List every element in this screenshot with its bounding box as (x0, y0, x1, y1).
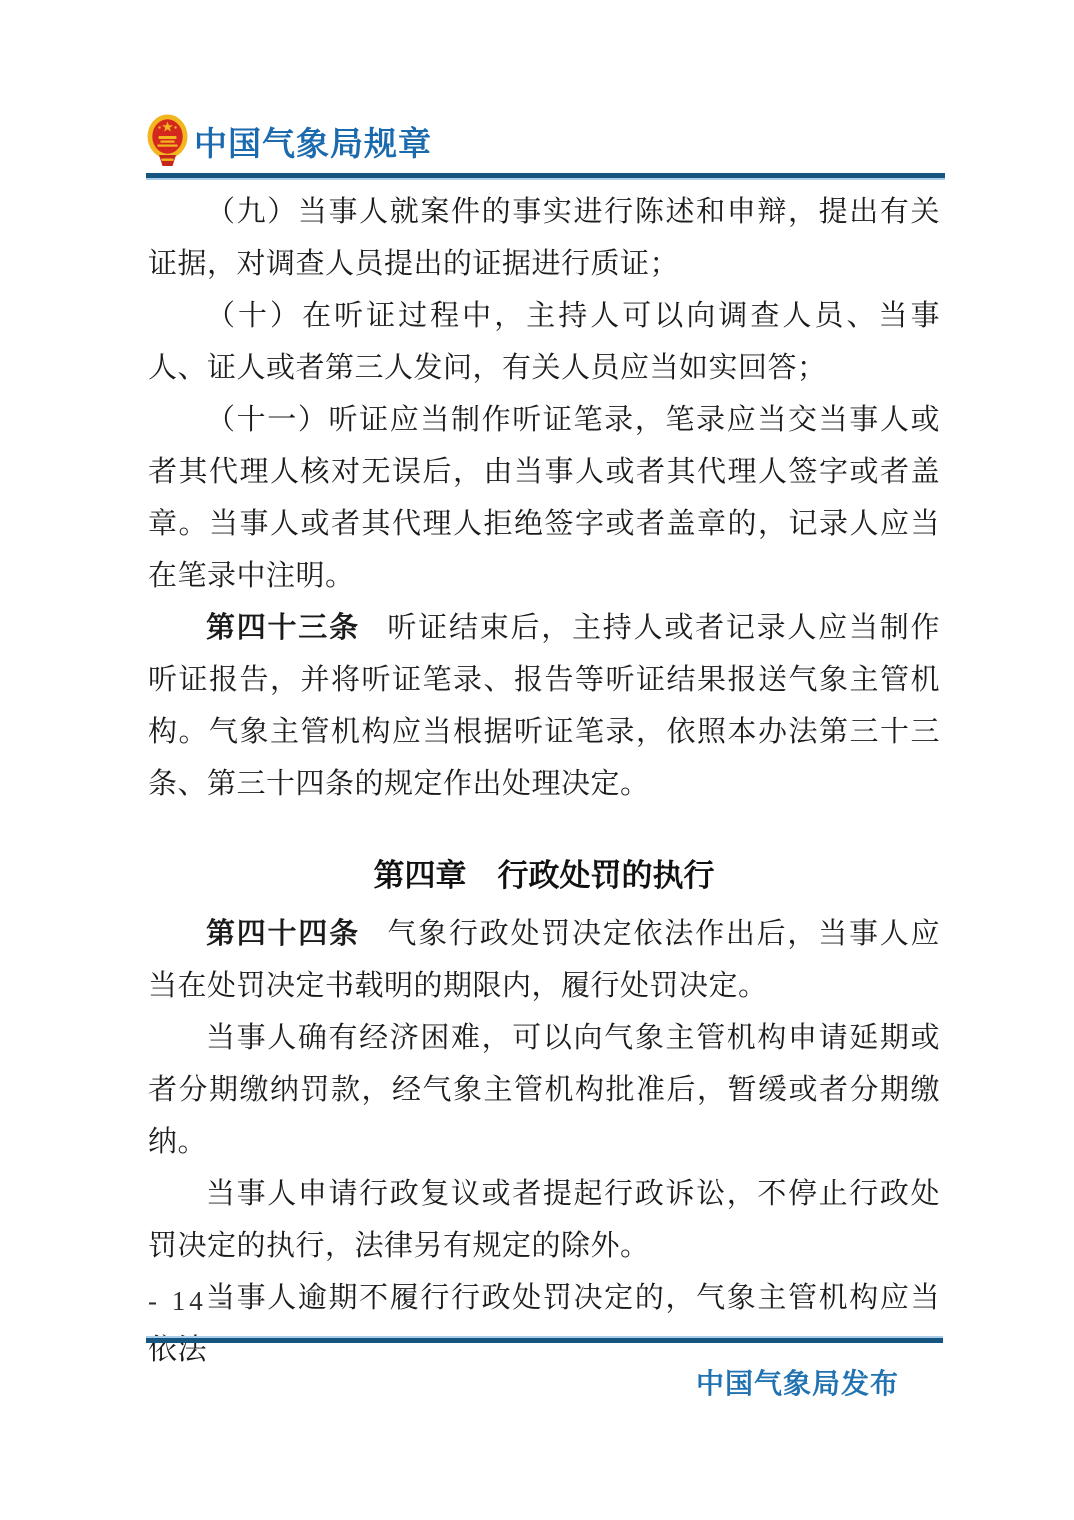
paragraph-overdue: 当事人逾期不履行行政处罚决定的，气象主管机构应当依法 (148, 1272, 940, 1376)
paragraph-article-43: 第四十三条听证结束后，主持人或者记录人应当制作听证报告，并将听证笔录、报告等听证… (148, 602, 940, 810)
page-header-title: 中国气象局规章 (194, 118, 432, 165)
chapter-heading: 第四章行政处罚的执行 (148, 850, 940, 902)
chapter-number: 第四章 (374, 858, 467, 893)
page-number: - 14 - (148, 1286, 230, 1317)
paragraph-clause-10: （十）在听证过程中，主持人可以向调查人员、当事人、证人或者第三人发问，有关人员应… (148, 290, 940, 394)
china-national-emblem-icon (147, 114, 188, 166)
publisher-label: 中国气象局发布 (696, 1362, 899, 1402)
paragraph-reconsideration: 当事人申请行政复议或者提起行政诉讼，不停止行政处罚决定的执行，法律另有规定的除外… (148, 1168, 940, 1272)
footer-divider (146, 1336, 943, 1343)
paragraph-article-44: 第四十四条气象行政处罚决定依法作出后，当事人应当在处罚决定书载明的期限内，履行处… (148, 908, 940, 1012)
document-body: （九）当事人就案件的事实进行陈述和申辩，提出有关证据，对调查人员提出的证据进行质… (148, 186, 940, 1376)
article-44-term: 第四十四条 (206, 918, 360, 950)
document-page: 中国气象局规章 （九）当事人就案件的事实进行陈述和申辩，提出有关证据，对调查人员… (0, 0, 1074, 1520)
paragraph-clause-11: （十一）听证应当制作听证笔录，笔录应当交当事人或者其代理人核对无误后，由当事人或… (148, 394, 940, 602)
chapter-title: 行政处罚的执行 (498, 858, 715, 893)
paragraph-clause-9: （九）当事人就案件的事实进行陈述和申辩，提出有关证据，对调查人员提出的证据进行质… (148, 186, 940, 290)
header-divider (146, 173, 945, 180)
article-43-term: 第四十三条 (206, 612, 360, 644)
paragraph-economic-hardship: 当事人确有经济困难，可以向气象主管机构申请延期或者分期缴纳罚款，经气象主管机构批… (148, 1012, 940, 1168)
